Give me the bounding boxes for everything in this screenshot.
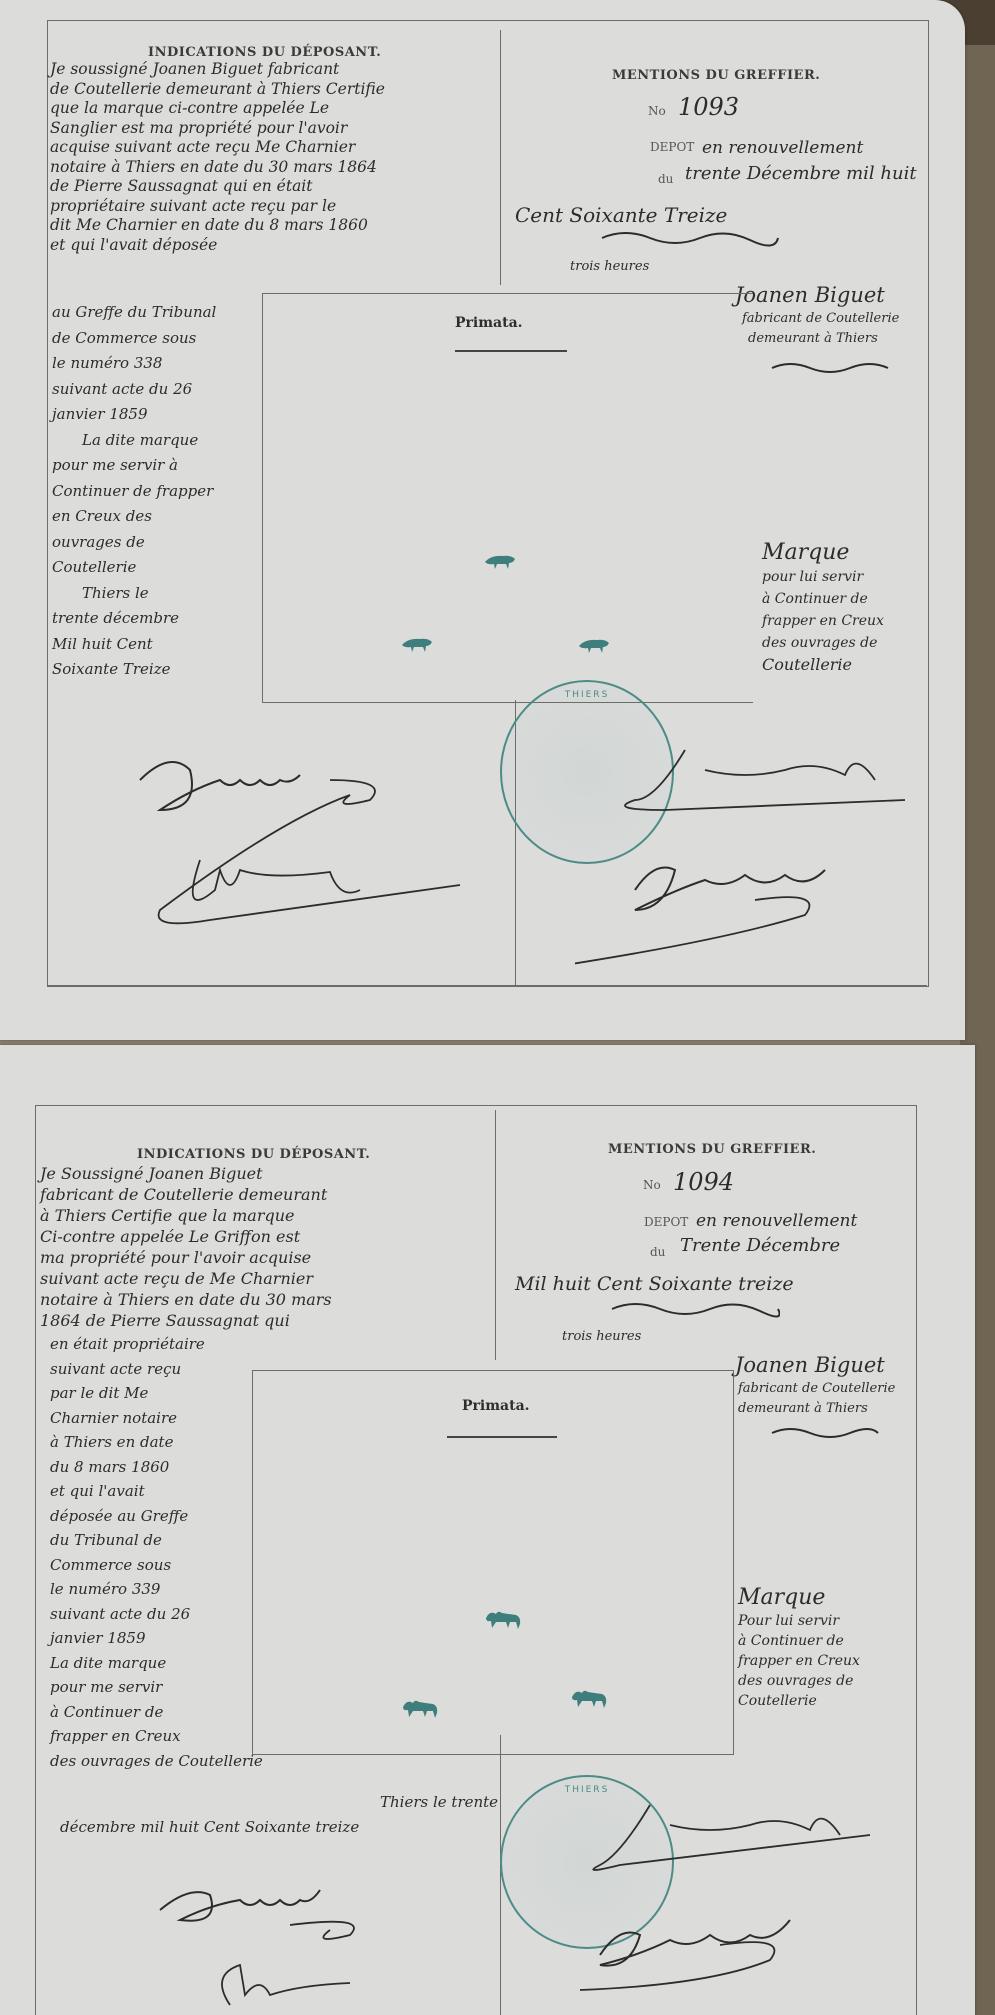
depositor-address: demeurant à Thiers [748,332,878,345]
du-label: du [650,1245,665,1259]
greffier-heading: MENTIONS DU GREFFIER. [612,68,820,83]
signature [130,750,470,940]
number-label: No [643,1178,661,1192]
mark-side-note: Marque Pour lui servir à Continuer de fr… [738,1585,860,1711]
wavy-flourish [770,1425,880,1441]
wavy-flourish [770,360,890,376]
column-divider [495,1110,496,1360]
signature [575,740,935,970]
trademark-box [252,1370,734,1755]
trademark-box [262,293,753,703]
number-label: No [648,104,666,118]
griffin-mark-icon [484,1608,522,1630]
class-underline [455,350,567,352]
class-label: Primata. [455,315,523,331]
boar-mark-icon [400,636,434,654]
du-label: du [658,172,673,186]
depositor-profession: fabricant de Coutellerie [738,1382,895,1395]
column-divider [500,30,501,285]
depot-text: en renouvellement [696,1213,857,1230]
signature [560,1795,900,1995]
griffin-mark-icon [570,1687,608,1709]
depositant-heading: INDICATIONS DU DÉPOSANT. [148,45,381,60]
register-page-1093: INDICATIONS DU DÉPOSANT. MENTIONS DU GRE… [0,0,965,1040]
signature [150,1855,480,2015]
declaration-text: Je Soussigné Joanen Biguet fabricant de … [40,1163,332,1331]
declaration-side-text: au Greffe du Tribunal de Commerce sous l… [52,300,216,683]
declaration-side-text: en était propriétaire suivant acte reçu … [50,1332,263,1773]
date-line-1: trente Décembre mil huit [685,165,917,183]
depositor-profession: fabricant de Coutellerie [742,312,899,325]
class-underline [447,1436,557,1438]
depot-label: DEPOT [650,140,694,154]
greffier-heading: MENTIONS DU GREFFIER. [608,1142,816,1157]
date-line-2: Mil huit Cent Soixante treize [515,1275,794,1294]
record-number: 1093 [678,95,739,119]
record-number: 1094 [673,1170,734,1194]
closing-date: décembre mil huit Cent Soixante treize [60,1820,359,1835]
class-label: Primata. [462,1398,530,1414]
depositor-address: demeurant à Thiers [738,1402,868,1415]
bottom-rule [47,985,927,986]
declaration-text: Je soussigné Joanen Biguet fabricant de … [50,60,385,255]
boar-mark-icon [483,553,517,571]
date-line-1: Trente Décembre [680,1237,840,1255]
griffin-mark-icon [401,1697,439,1719]
date-line-2: Cent Soixante Treize [515,205,727,225]
depot-label: DEPOT [644,1215,688,1229]
boar-mark-icon [577,637,611,655]
wavy-flourish [610,1299,780,1319]
register-page-1094: INDICATIONS DU DÉPOSANT. MENTIONS DU GRE… [0,1045,975,2015]
deposit-hour: trois heures [562,1330,641,1343]
depot-text: en renouvellement [702,140,863,157]
mark-side-note: Marque pour lui servir à Continuer de fr… [762,540,884,676]
deposit-hour: trois heures [570,260,649,273]
depositant-heading: INDICATIONS DU DÉPOSANT. [137,1147,370,1162]
closing-place-date: Thiers le trente [380,1795,498,1810]
wavy-flourish [600,228,780,248]
depositor-name: Joanen Biguet [735,1355,885,1376]
depositor-name: Joanen Biguet [735,285,885,306]
